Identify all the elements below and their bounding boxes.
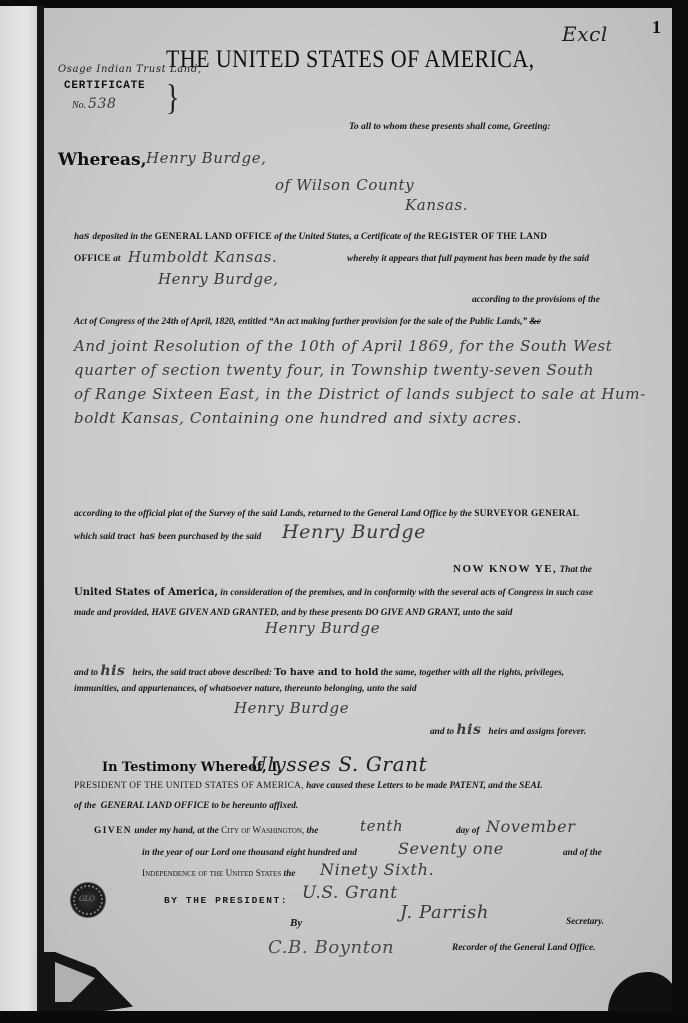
- text: SURVEYOR GENERAL: [474, 509, 579, 519]
- text: REGISTER OF THE LAND: [428, 232, 547, 242]
- month-handwritten: November: [486, 817, 575, 836]
- act-line-1: according to the provisions of the: [472, 295, 600, 305]
- text: Independence of the United States: [142, 869, 281, 879]
- margin-note: Excl: [562, 22, 608, 46]
- deposit-line-1: has deposited in the GENERAL LAND OFFICE…: [74, 231, 547, 242]
- description-line-2: quarter of section twenty four, in Towns…: [74, 361, 594, 379]
- certificate-number: 538: [88, 96, 117, 112]
- scan-top-border: [0, 0, 688, 7]
- text: according to the official plat of the Su…: [74, 509, 472, 519]
- certificate-brace: }: [166, 78, 179, 120]
- text: been purchased by the said: [158, 532, 261, 542]
- page-number: 1: [652, 17, 661, 38]
- scan-bottom-border: [0, 1011, 688, 1023]
- text: have caused these Letters to be made PAT…: [306, 781, 542, 791]
- greeting: To all to whom these presents shall come…: [349, 122, 551, 132]
- act-line-2: Act of Congress of the 24th of April, 18…: [74, 317, 541, 327]
- by-the-president-label: BY THE PRESIDENT:: [164, 895, 288, 906]
- grantee-name: Henry Burdge,: [146, 149, 267, 167]
- text: City of Washington,: [221, 826, 304, 836]
- text: the same, together with all the rights, …: [381, 668, 564, 678]
- grantee-state: Kansas.: [405, 196, 468, 214]
- heirs-line: and to his heirs, the said tract above d…: [74, 663, 564, 679]
- certificate-label: CERTIFICATE: [64, 80, 145, 92]
- immunities-line: immunities, and appurtenances, of whatso…: [74, 684, 417, 694]
- description-line-3: of Range Sixteen East, in the District o…: [74, 385, 646, 403]
- certificate-no-label: No.: [72, 100, 86, 111]
- secretary-signature: J. Parrish: [400, 902, 489, 923]
- text: deposited in the: [92, 232, 152, 242]
- text: and to: [430, 727, 454, 737]
- now-know-ye: NOW KNOW YE, That the: [453, 563, 592, 575]
- land-office-location: Humboldt Kansas.: [128, 248, 277, 266]
- assigns-line: and to his heirs and assigns forever.: [430, 722, 586, 738]
- president-name: Ulysses S. Grant: [250, 752, 427, 776]
- text: and to: [74, 668, 98, 678]
- grantee-name-4: Henry Burdge: [234, 699, 349, 717]
- day-handwritten: tenth: [360, 817, 403, 835]
- text: United States of America,: [74, 587, 218, 598]
- year-handwritten: Seventy one: [398, 839, 504, 858]
- text: which said tract: [74, 532, 135, 542]
- handwritten-s: s: [149, 531, 155, 542]
- text: OFFICE: [74, 254, 111, 264]
- testimony-line-1: PRESIDENT OF THE UNITED STATES OF AMERIC…: [74, 781, 542, 791]
- certificate-handwritten-note: Osage Indian Trust Land,: [58, 64, 202, 75]
- grantee-county: of Wilson County: [275, 176, 414, 194]
- book-gutter: [37, 6, 44, 1023]
- purchaser-name-2: Henry Burdge: [282, 521, 426, 543]
- grant-line-1: United States of America, in considerati…: [74, 587, 593, 598]
- text: NOW KNOW YE,: [453, 563, 557, 575]
- whereas-label: Whereas,: [58, 150, 147, 170]
- day-of-label: day of: [456, 826, 480, 836]
- survey-line-1: according to the official plat of the Su…: [74, 509, 579, 519]
- deposit-line-2-rest: whereby it appears that full payment has…: [347, 254, 589, 264]
- text: ha: [140, 532, 150, 542]
- testimony-line-2: of the GENERAL LAND OFFICE to be hereunt…: [74, 801, 298, 811]
- handwritten-s: s: [84, 231, 90, 242]
- given-line-2-end: and of the: [563, 848, 602, 858]
- survey-line-2: which said tract has been purchased by t…: [74, 531, 261, 542]
- handwritten-his: his: [456, 722, 481, 738]
- general-land-office-seal-icon: GLO: [73, 885, 103, 915]
- text: PRESIDENT OF THE UNITED STATES OF AMERIC…: [74, 781, 304, 791]
- secretary-label: Secretary.: [566, 917, 604, 927]
- given-line-1: GIVEN under my hand, at the City of Wash…: [94, 826, 318, 836]
- seal-glyph: GLO: [79, 895, 95, 903]
- document-title: THE UNITED STATES OF AMERICA,: [166, 44, 535, 74]
- text: That the: [560, 565, 592, 575]
- purchaser-name: Henry Burdge,: [158, 270, 279, 288]
- president-signature: U.S. Grant: [302, 883, 398, 903]
- grantee-name-3: Henry Burdge: [265, 619, 380, 637]
- text: GENERAL LAND OFFICE: [155, 232, 272, 242]
- text: of the United States, a Certificate of t…: [274, 232, 425, 242]
- facing-page-edge: [0, 6, 38, 1011]
- text: GIVEN: [94, 826, 132, 836]
- text: to be hereunto affixed.: [212, 801, 299, 811]
- text: heirs, the said tract above described:: [133, 668, 272, 678]
- text: in consideration of the premises, and in…: [220, 588, 593, 598]
- by-label: By: [290, 917, 302, 929]
- description-line-4: boldt Kansas, Containing one hundred and…: [74, 409, 522, 427]
- given-line-3: Independence of the United States the: [142, 869, 295, 879]
- grant-line-2: made and provided, HAVE GIVEN AND GRANTE…: [74, 608, 512, 618]
- text: heirs and assigns forever.: [489, 727, 587, 737]
- handwritten-his: his: [100, 663, 125, 679]
- text: at: [113, 254, 120, 264]
- text: the: [284, 869, 296, 879]
- text: the: [307, 826, 319, 836]
- text: To have and to hold: [274, 667, 378, 678]
- recorder-label: Recorder of the General Land Office.: [452, 943, 595, 953]
- given-line-2: in the year of our Lord one thousand eig…: [142, 848, 357, 858]
- scan-right-border: [672, 0, 688, 1023]
- text: GENERAL LAND OFFICE: [101, 801, 210, 811]
- text: ha: [74, 232, 84, 242]
- text: Act of Congress of the 24th of April, 18…: [74, 317, 527, 327]
- recorder-signature: C.B. Boynton: [268, 937, 394, 958]
- text: under my hand, at the: [134, 826, 218, 836]
- text: of the: [74, 801, 96, 811]
- independence-year-handwritten: Ninety Sixth.: [320, 860, 434, 879]
- struck-text: &c: [530, 317, 541, 327]
- deposit-line-2: OFFICE at: [74, 254, 121, 264]
- description-line-1: And joint Resolution of the 10th of Apri…: [74, 337, 612, 355]
